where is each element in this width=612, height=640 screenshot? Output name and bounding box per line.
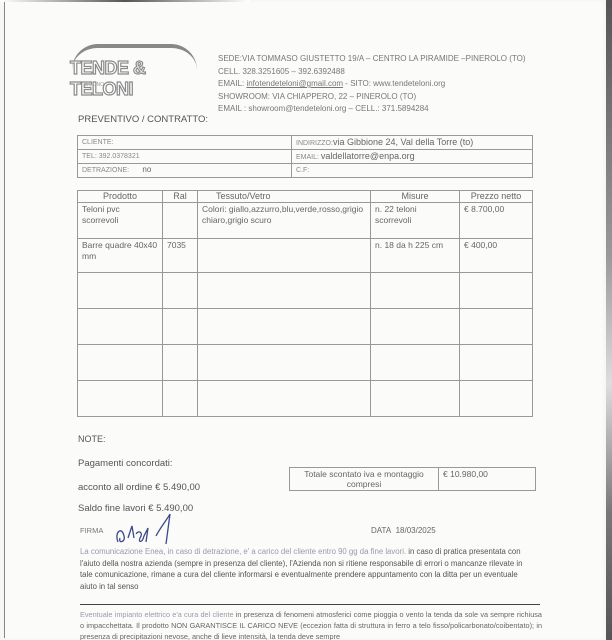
client-info-table: CLIENTE: INDIRIZZO:via Gibbione 24, Val … — [77, 135, 533, 178]
email-line: EMAIL: infotendeteloni@gmail.com - SITO:… — [218, 78, 525, 91]
scan-edge-right — [606, 0, 612, 640]
product-prezzo-cell — [460, 345, 533, 381]
product-misure-cell: n. 18 da h 225 cm — [371, 239, 460, 273]
client-email-value: valdellatorre@enpa.org — [321, 151, 415, 161]
weather-disclaimer: Eventuale impianto elettrico e'a cura de… — [80, 609, 542, 640]
firma-label: FIRMA — [80, 526, 103, 535]
date-label: DATA — [371, 526, 391, 535]
product-ral-cell — [163, 381, 198, 417]
product-misure-cell — [371, 345, 460, 381]
product-prodotto-cell: Teloni pvc scorrevoli — [78, 203, 163, 239]
company-email-link[interactable]: infotendeteloni@gmail.com — [246, 79, 343, 88]
product-prodotto-cell: Barre quadre 40x40 mm — [78, 239, 163, 273]
product-ral-cell — [163, 309, 198, 345]
enea-disclaimer: La comunicazione Enea, in caso di detraz… — [80, 546, 535, 592]
cf-cell: C.F: — [292, 164, 533, 178]
product-ral-cell — [163, 203, 198, 239]
showroom-line: SHOWROOM: VIA CHIAPPERO, 22 – PINEROLO (… — [218, 91, 525, 104]
tel-cell: TEL: 392.0378321 — [78, 150, 292, 164]
total-table: Totale scontato iva e montaggio compresi… — [289, 467, 536, 491]
product-tessuto-cell: Colori: giallo,azzurro,blu,verde,rosso,g… — [198, 203, 371, 239]
payments-title: Pagamenti concordati: — [78, 458, 173, 469]
cell-line: CELL. 328.3251605 – 392.6392488 — [218, 66, 525, 79]
cliente-cell: CLIENTE: — [78, 136, 292, 150]
product-prodotto-cell — [78, 345, 163, 381]
product-row — [78, 381, 533, 417]
total-label: Totale scontato iva e montaggio compresi — [290, 468, 439, 491]
indirizzo-value: via Gibbione 24, Val della Torre (to) — [333, 137, 473, 147]
product-prezzo-cell: € 400,00 — [460, 239, 533, 273]
product-misure-cell — [371, 309, 460, 345]
product-row: Barre quadre 40x40 mm7035n. 18 da h 225 … — [78, 239, 533, 273]
showroom-contact-line: EMAIL : showroom@tendeteloni.org – CELL.… — [218, 103, 525, 116]
product-tessuto-cell — [198, 239, 371, 273]
product-tessuto-cell — [198, 309, 371, 345]
product-tessuto-cell — [198, 381, 371, 417]
product-row — [78, 309, 533, 345]
col-tessuto: Tessuto/Vetro — [198, 191, 371, 203]
email-cell: EMAIL: valdellatorre@enpa.org — [292, 150, 533, 164]
product-prezzo-cell — [460, 309, 533, 345]
tel-label: TEL: — [82, 153, 99, 160]
product-misure-cell — [371, 273, 460, 309]
total-value: € 10.980,00 — [439, 468, 536, 491]
electrical-note: Eventuale impianto elettrico e'a cura de… — [80, 610, 234, 619]
product-prezzo-cell: € 8.700,00 — [460, 203, 533, 239]
note-label: NOTE: — [78, 434, 106, 444]
document-title: PREVENTIVO / CONTRATTO: — [78, 114, 208, 125]
detrazione-value: no — [142, 165, 151, 174]
product-misure-cell: n. 22 teloni scorrevoli — [371, 203, 460, 239]
product-ral-cell — [163, 273, 198, 309]
detrazione-label: DETRAZIONE: — [82, 167, 129, 174]
col-ral: Ral — [163, 191, 198, 203]
product-prodotto-cell — [78, 273, 163, 309]
cliente-label: CLIENTE: — [82, 139, 114, 146]
indirizzo-cell: INDIRIZZO:via Gibbione 24, Val della Tor… — [292, 136, 533, 150]
date-value: 18/03/2025 — [396, 526, 436, 535]
detrazione-cell: DETRAZIONE: no — [78, 164, 292, 178]
logo-subtext: di BONO — [84, 82, 104, 88]
product-tessuto-cell — [198, 345, 371, 381]
product-row — [78, 273, 533, 309]
email-label: EMAIL: — [218, 79, 246, 88]
sede-line: SEDE:VIA TOMMASO GIUSTETTO 19/A – CENTRO… — [218, 53, 525, 66]
products-header-row: Prodotto Ral Tessuto/Vetro Misure Prezzo… — [78, 191, 533, 203]
signature-icon — [110, 508, 190, 548]
product-ral-cell — [163, 345, 198, 381]
company-logo: TENDE & TELONI di BONO — [70, 44, 205, 90]
product-prodotto-cell — [78, 381, 163, 417]
product-prezzo-cell — [460, 381, 533, 417]
col-prodotto: Prodotto — [78, 191, 163, 203]
tel-value: 392.0378321 — [99, 153, 140, 160]
product-ral-cell: 7035 — [163, 239, 198, 273]
logo-text: TENDE & TELONI — [70, 58, 205, 100]
product-row — [78, 345, 533, 381]
product-tessuto-cell — [198, 273, 371, 309]
payment-acconto: acconto all ordine € 5.490,00 — [78, 482, 200, 493]
client-email-label: EMAIL: — [296, 154, 321, 161]
divider — [80, 604, 540, 605]
product-row: Teloni pvc scorrevoliColori: giallo,azzu… — [78, 203, 533, 239]
indirizzo-label: INDIRIZZO: — [296, 140, 333, 147]
cf-label: C.F: — [296, 167, 309, 174]
date-field: DATA 18/03/2025 — [371, 526, 436, 535]
disclaimer-faint-text: La comunicazione Enea, in caso di detraz… — [80, 547, 406, 556]
col-prezzo: Prezzo netto — [460, 191, 533, 203]
products-table: Prodotto Ral Tessuto/Vetro Misure Prezzo… — [77, 190, 533, 417]
col-misure: Misure — [371, 191, 460, 203]
website: - SITO: www.tendeteloni.org — [343, 79, 445, 88]
product-prezzo-cell — [460, 273, 533, 309]
company-contact-info: SEDE:VIA TOMMASO GIUSTETTO 19/A – CENTRO… — [218, 53, 525, 116]
product-misure-cell — [371, 381, 460, 417]
product-prodotto-cell — [78, 309, 163, 345]
